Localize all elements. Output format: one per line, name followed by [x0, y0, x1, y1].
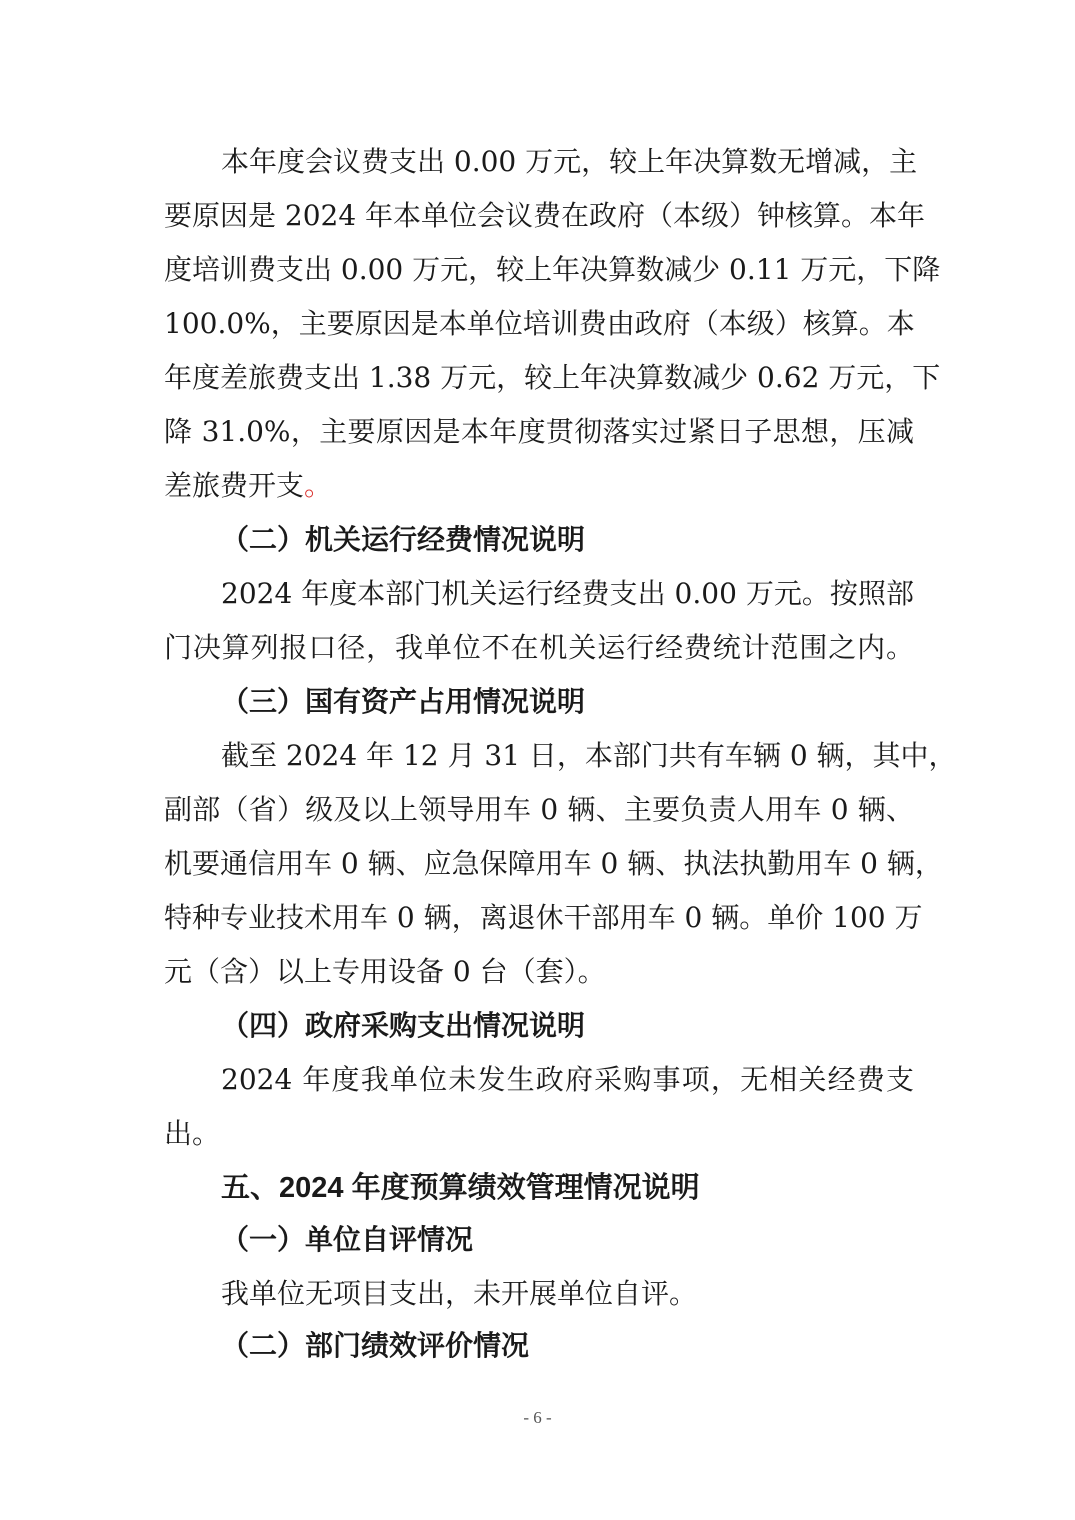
body-text-line: 门决算列报口径，我单位不在机关运行经费统计范围之内。: [164, 630, 914, 666]
body-text-line: 100.0%，主要原因是本单位培训费由政府（本级）核算。本: [164, 306, 914, 342]
subsection-heading: （二）部门绩效评价情况: [221, 1328, 529, 1364]
body-text-line: 2024 年度本部门机关运行经费支出 0.00 万元。按照部: [221, 576, 914, 612]
body-text-line: 降 31.0%，主要原因是本年度贯彻落实过紧日子思想，压减: [164, 414, 914, 450]
subsection-heading: （二）机关运行经费情况说明: [221, 522, 585, 558]
body-text-line: 特种专业技术用车 0 辆，离退休干部用车 0 辆。单价 100 万: [164, 900, 914, 936]
body-text-line: 副部（省）级及以上领导用车 0 辆、主要负责人用车 0 辆、: [164, 792, 914, 828]
subsection-heading: （三）国有资产占用情况说明: [221, 684, 585, 720]
body-text-line: 机要通信用车 0 辆、应急保障用车 0 辆、执法执勤用车 0 辆，: [164, 846, 914, 882]
body-text: 差旅费开支: [164, 469, 304, 502]
subsection-heading: （四）政府采购支出情况说明: [221, 1008, 585, 1044]
body-text-line: 本年度会议费支出 0.00 万元，较上年决算数无增减，主: [221, 144, 914, 180]
body-text-line: 差旅费开支。: [164, 468, 914, 504]
body-text-line: 截至 2024 年 12 月 31 日，本部门共有车辆 0 辆，其中，: [221, 738, 914, 774]
page-number: - 6 -: [0, 1408, 1075, 1428]
body-text-line: 要原因是 2024 年本单位会议费在政府（本级）钟核算。本年: [164, 198, 914, 234]
body-text-line: 年度差旅费支出 1.38 万元，较上年决算数减少 0.62 万元，下: [164, 360, 914, 396]
section-heading: 五、2024 年度预算绩效管理情况说明: [221, 1170, 700, 1206]
body-text-line: 元（含）以上专用设备 0 台（套）。: [164, 954, 914, 990]
body-text-line: 度培训费支出 0.00 万元，较上年决算数减少 0.11 万元，下降: [164, 252, 914, 288]
body-text-line: 2024 年度我单位未发生政府采购事项，无相关经费支: [221, 1062, 914, 1098]
body-text-line: 我单位无项目支出，未开展单位自评。: [221, 1276, 914, 1312]
body-text-line: 出。: [164, 1116, 914, 1152]
subsection-heading: （一）单位自评情况: [221, 1222, 473, 1258]
red-period-mark: 。: [304, 469, 332, 502]
